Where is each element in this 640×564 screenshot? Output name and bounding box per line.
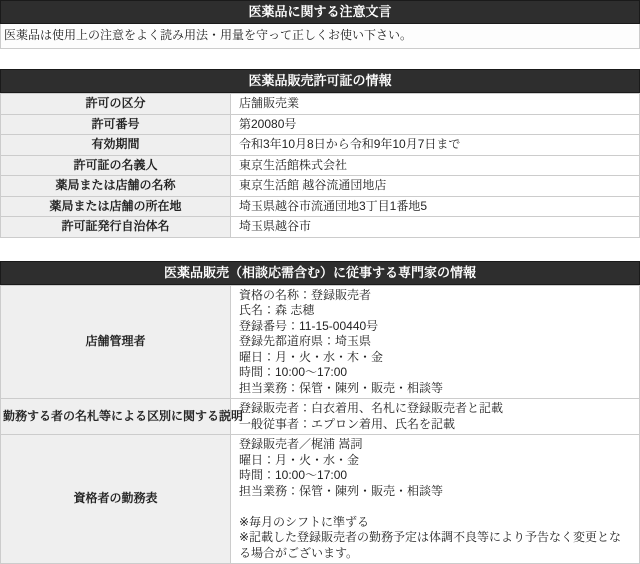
license-table: 許可の区分 店舗販売業 許可番号 第20080号 有効期間 令和3年10月8日か…: [0, 93, 640, 238]
table-row: 資格者の勤務表 登録販売者／梶浦 嵩詞 曜日：月・火・水・金 時間：10:00～…: [1, 435, 640, 564]
row-value: 埼玉県越谷市流通団地3丁目1番地5: [231, 196, 640, 217]
table-row: 薬局または店舗の所在地 埼玉県越谷市流通団地3丁目1番地5: [1, 196, 640, 217]
row-label: 許可番号: [1, 114, 231, 135]
row-value: 店舗販売業: [231, 94, 640, 115]
table-row: 許可の区分 店舗販売業: [1, 94, 640, 115]
table-row: 許可証発行自治体名 埼玉県越谷市: [1, 217, 640, 238]
experts-table: 店舗管理者 資格の名称：登録販売者 氏名：森 志穂 登録番号：11-15-004…: [0, 285, 640, 564]
row-value: 東京生活館 越谷流通団地店: [231, 176, 640, 197]
row-value: 埼玉県越谷市: [231, 217, 640, 238]
row-label: 勤務する者の名札等による区別に関する説明: [1, 399, 231, 435]
notice-body-text: 医薬品は使用上の注意をよく読み用法・用量を守って正しくお使い下さい。: [0, 24, 640, 49]
row-label: 薬局または店舗の所在地: [1, 196, 231, 217]
table-row: 薬局または店舗の名称 東京生活館 越谷流通団地店: [1, 176, 640, 197]
table-row: 有効期間 令和3年10月8日から令和9年10月7日まで: [1, 135, 640, 156]
row-value: 第20080号: [231, 114, 640, 135]
row-label: 薬局または店舗の名称: [1, 176, 231, 197]
row-value: 登録販売者：白衣着用、名札に登録販売者と記載 一般従事者：エプロン着用、氏名を記…: [231, 399, 640, 435]
row-label: 店舗管理者: [1, 285, 231, 399]
row-label: 資格者の勤務表: [1, 435, 231, 564]
table-row: 店舗管理者 資格の名称：登録販売者 氏名：森 志穂 登録番号：11-15-004…: [1, 285, 640, 399]
table-row: 許可証の名義人 東京生活館株式会社: [1, 155, 640, 176]
experts-section-header: 医薬品販売（相談応需含む）に従事する専門家の情報: [0, 261, 640, 285]
row-value: 資格の名称：登録販売者 氏名：森 志穂 登録番号：11-15-00440号 登録…: [231, 285, 640, 399]
row-label: 許可証発行自治体名: [1, 217, 231, 238]
row-value: 東京生活館株式会社: [231, 155, 640, 176]
notice-section-header: 医薬品に関する注意文言: [0, 0, 640, 24]
row-value: 登録販売者／梶浦 嵩詞 曜日：月・火・水・金 時間：10:00～17:00 担当…: [231, 435, 640, 564]
table-row: 勤務する者の名札等による区別に関する説明 登録販売者：白衣着用、名札に登録販売者…: [1, 399, 640, 435]
notice-section: 医薬品に関する注意文言 医薬品は使用上の注意をよく読み用法・用量を守って正しくお…: [0, 0, 640, 49]
license-section-header: 医薬品販売許可証の情報: [0, 69, 640, 93]
row-label: 有効期間: [1, 135, 231, 156]
row-value: 令和3年10月8日から令和9年10月7日まで: [231, 135, 640, 156]
row-label: 許可証の名義人: [1, 155, 231, 176]
table-row: 許可番号 第20080号: [1, 114, 640, 135]
row-label: 許可の区分: [1, 94, 231, 115]
license-section: 医薬品販売許可証の情報 許可の区分 店舗販売業 許可番号 第20080号 有効期…: [0, 69, 640, 238]
experts-section: 医薬品販売（相談応需含む）に従事する専門家の情報 店舗管理者 資格の名称：登録販…: [0, 261, 640, 564]
